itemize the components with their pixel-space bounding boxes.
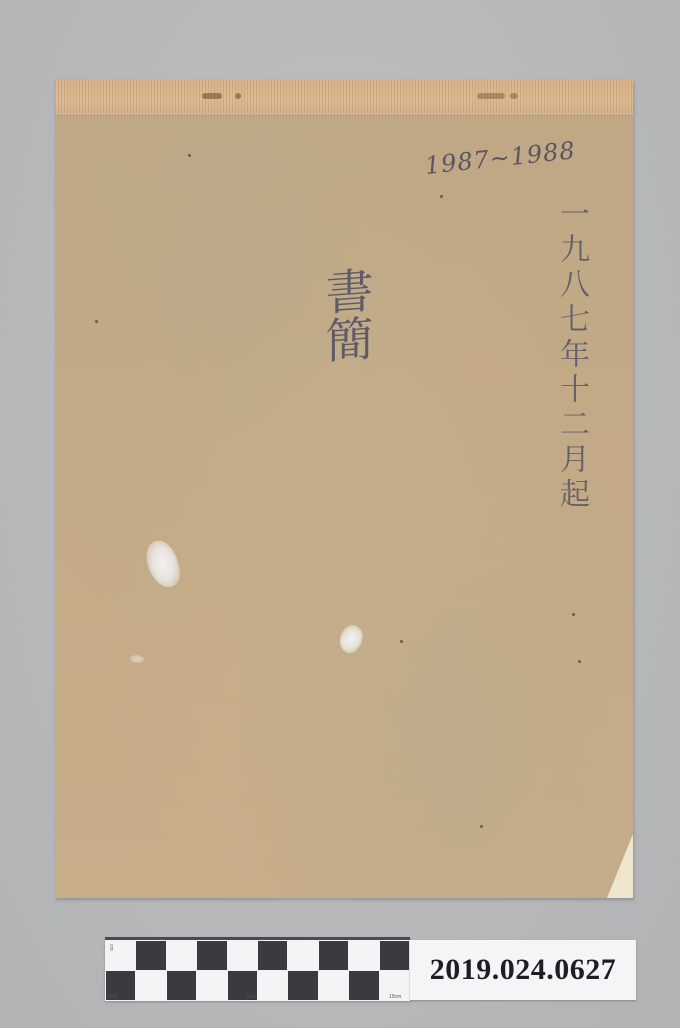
handwritten-vertical-date: 一九八七年十二月起 xyxy=(551,198,591,513)
scale-cell xyxy=(319,971,348,1000)
scale-unit-label: cm xyxy=(108,944,114,951)
stain-mark xyxy=(235,93,241,99)
scale-cell xyxy=(258,971,287,1000)
object-photograph: 1987~1988 書簡 一九八七年十二月起 xyxy=(0,0,680,1028)
accession-number: 2019.024.0627 xyxy=(430,953,617,987)
scale-cell xyxy=(288,941,317,970)
handwritten-years: 1987~1988 xyxy=(424,136,577,180)
speck xyxy=(188,154,191,157)
scale-cell xyxy=(380,941,409,970)
paper-damage-spot xyxy=(130,655,144,663)
scale-label-5: 5cm xyxy=(247,994,256,1000)
scale-cell xyxy=(349,971,378,1000)
scale-label-0: 0cm xyxy=(108,994,117,1000)
scale-cell xyxy=(228,941,257,970)
speck xyxy=(480,825,483,828)
handwritten-title: 書簡 xyxy=(340,263,400,363)
glued-binding-strip xyxy=(55,80,633,116)
stain-mark xyxy=(510,93,518,99)
stain-mark xyxy=(202,93,222,99)
scale-cell xyxy=(197,941,226,970)
speck xyxy=(400,640,403,643)
scale-cell xyxy=(136,941,165,970)
scale-cell xyxy=(319,941,348,970)
accession-number-label: 2019.024.0627 xyxy=(410,940,636,1000)
worn-corner xyxy=(607,834,633,898)
speck xyxy=(95,320,98,323)
paper-damage-spot xyxy=(334,621,367,656)
scale-cell xyxy=(167,941,196,970)
scale-label-10: 10cm xyxy=(389,994,401,1000)
scale-cell xyxy=(349,941,378,970)
scale-cell xyxy=(197,971,226,1000)
scale-cell xyxy=(258,941,287,970)
notepad-cover: 1987~1988 書簡 一九八七年十二月起 xyxy=(55,80,633,898)
speck xyxy=(572,613,575,616)
scale-cell xyxy=(136,971,165,1000)
scale-cell xyxy=(288,971,317,1000)
speck xyxy=(578,660,581,663)
scale-checker-bar: cm 0cm 5cm 10cm xyxy=(105,937,410,1001)
stain-mark xyxy=(477,93,505,99)
speck xyxy=(440,195,443,198)
scale-cell xyxy=(167,971,196,1000)
paper-damage-spot xyxy=(142,537,183,591)
